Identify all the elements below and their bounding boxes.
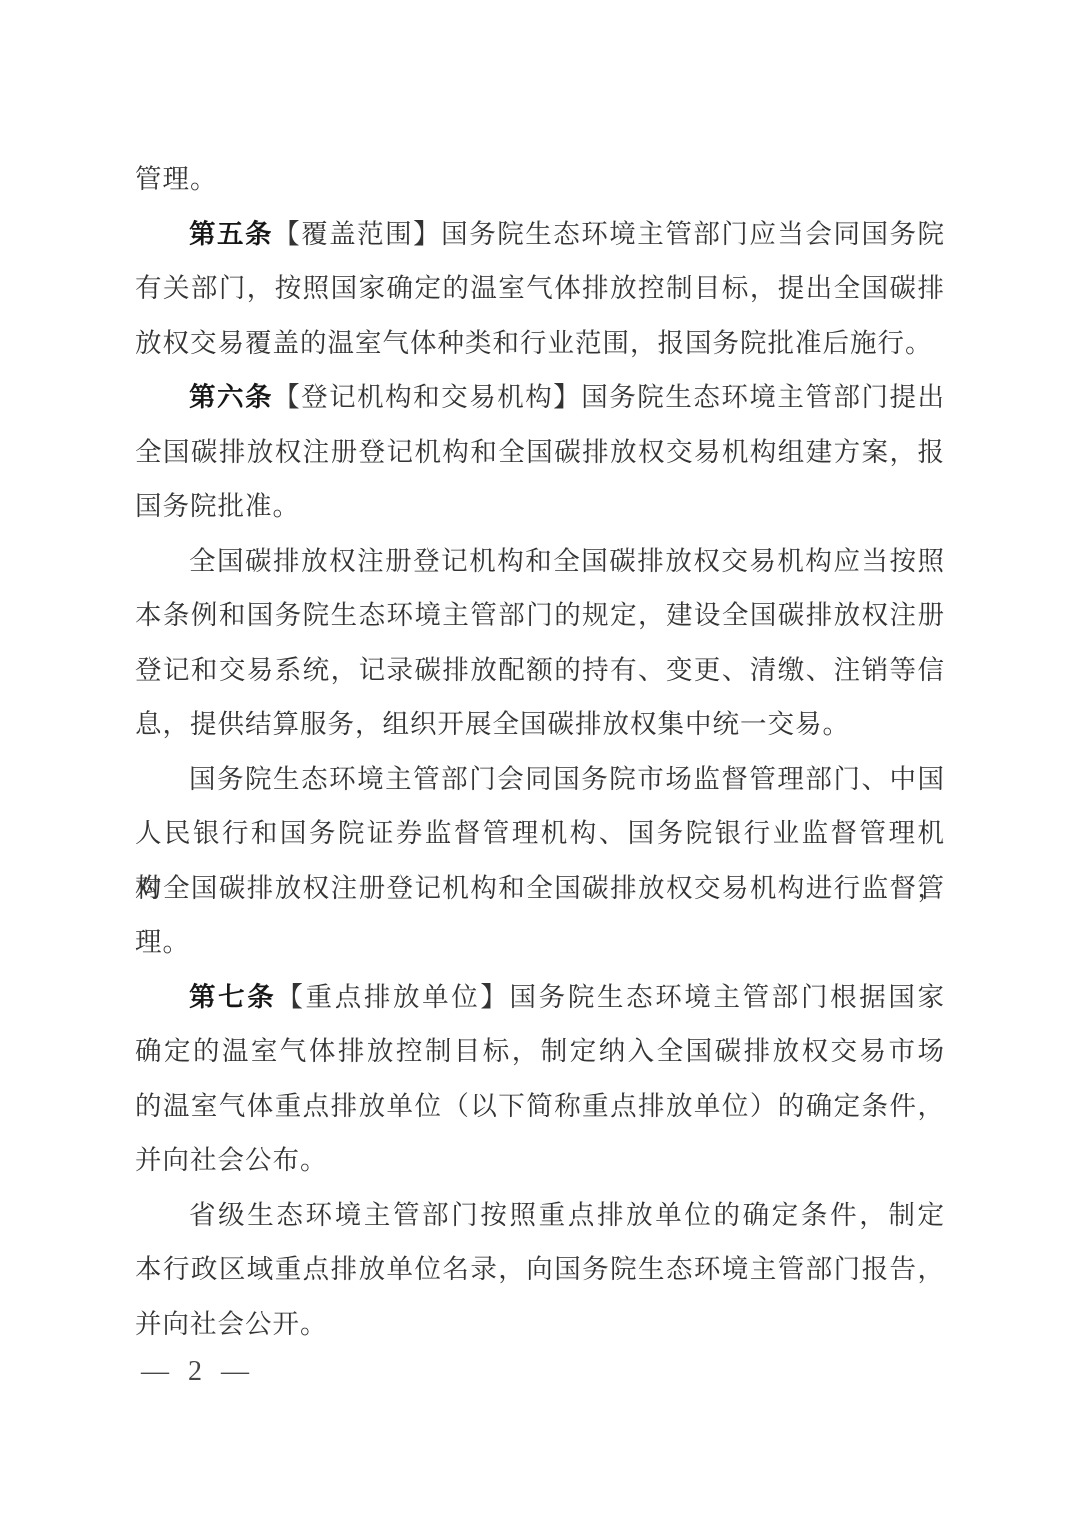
document-text: 并向社会公开。 [135,1309,328,1339]
document-line: 国务院批准。 [135,479,945,534]
document-text: 对全国碳排放权注册登记机构和全国碳排放权交易机构进行监督管 [135,873,945,903]
document-text: 有关部门，按照国家确定的温室气体排放控制目标，提出全国碳排 [135,273,945,303]
document-line: 放权交易覆盖的温室气体种类和行业范围，报国务院批准后施行。 [135,316,945,371]
page-number: — 2 — [141,1352,250,1392]
document-line: 省级生态环境主管部门按照重点排放单位的确定条件，制定 [135,1188,945,1243]
document-body: 管理。第五条【覆盖范围】国务院生态环境主管部门应当会同国务院有关部门，按照国家确… [135,152,945,1351]
document-line: 对全国碳排放权注册登记机构和全国碳排放权交易机构进行监督管 [135,861,945,916]
document-text: 本行政区域重点排放单位名录，向国务院生态环境主管部门报告， [135,1254,945,1284]
document-text: 全国碳排放权注册登记机构和全国碳排放权交易机构应当按照 [189,546,945,576]
document-text: 【登记机构和交易机构】国务院生态环境主管部门提出 [273,382,945,412]
document-line: 本行政区域重点排放单位名录，向国务院生态环境主管部门报告， [135,1242,945,1297]
document-line: 第七条【重点排放单位】国务院生态环境主管部门根据国家 [135,970,945,1025]
article-number: 第六条 [189,382,273,412]
document-line: 理。 [135,915,945,970]
document-line: 的温室气体重点排放单位（以下简称重点排放单位）的确定条件， [135,1079,945,1134]
document-line: 全国碳排放权注册登记机构和全国碳排放权交易机构组建方案，报 [135,425,945,480]
document-text: 的温室气体重点排放单位（以下简称重点排放单位）的确定条件， [135,1091,945,1121]
document-text: 息，提供结算服务，组织开展全国碳排放权集中统一交易。 [135,709,850,739]
document-text: 全国碳排放权注册登记机构和全国碳排放权交易机构组建方案，报 [135,437,945,467]
document-text: 理。 [135,927,190,957]
document-line: 并向社会公开。 [135,1297,945,1352]
document-text: 【重点排放单位】国务院生态环境主管部门根据国家 [276,982,945,1012]
document-text: 并向社会公布。 [135,1145,328,1175]
document-text: 登记和交易系统，记录碳排放配额的持有、变更、清缴、注销等信 [135,655,945,685]
document-text: 本条例和国务院生态环境主管部门的规定，建设全国碳排放权注册 [135,600,945,630]
document-text: 【覆盖范围】国务院生态环境主管部门应当会同国务院 [273,219,945,249]
document-text: 省级生态环境主管部门按照重点排放单位的确定条件，制定 [189,1200,945,1230]
document-line: 管理。 [135,152,945,207]
document-text: 放权交易覆盖的温室气体种类和行业范围，报国务院批准后施行。 [135,328,933,358]
document-line: 第六条【登记机构和交易机构】国务院生态环境主管部门提出 [135,370,945,425]
document-line: 人民银行和国务院证券监督管理机构、国务院银行业监督管理机构， [135,806,945,861]
document-line: 确定的温室气体排放控制目标，制定纳入全国碳排放权交易市场 [135,1024,945,1079]
document-text: 管理。 [135,164,218,194]
article-number: 第五条 [189,219,273,249]
document-text: 确定的温室气体排放控制目标，制定纳入全国碳排放权交易市场 [135,1036,945,1066]
document-line: 有关部门，按照国家确定的温室气体排放控制目标，提出全国碳排 [135,261,945,316]
document-line: 登记和交易系统，记录碳排放配额的持有、变更、清缴、注销等信 [135,643,945,698]
document-line: 本条例和国务院生态环境主管部门的规定，建设全国碳排放权注册 [135,588,945,643]
document-line: 国务院生态环境主管部门会同国务院市场监督管理部门、中国 [135,752,945,807]
document-line: 息，提供结算服务，组织开展全国碳排放权集中统一交易。 [135,697,945,752]
article-number: 第七条 [189,982,276,1012]
document-text: 国务院生态环境主管部门会同国务院市场监督管理部门、中国 [189,764,945,794]
document-line: 并向社会公布。 [135,1133,945,1188]
document-text: 国务院批准。 [135,491,300,521]
document-line: 全国碳排放权注册登记机构和全国碳排放权交易机构应当按照 [135,534,945,589]
document-line: 第五条【覆盖范围】国务院生态环境主管部门应当会同国务院 [135,207,945,262]
